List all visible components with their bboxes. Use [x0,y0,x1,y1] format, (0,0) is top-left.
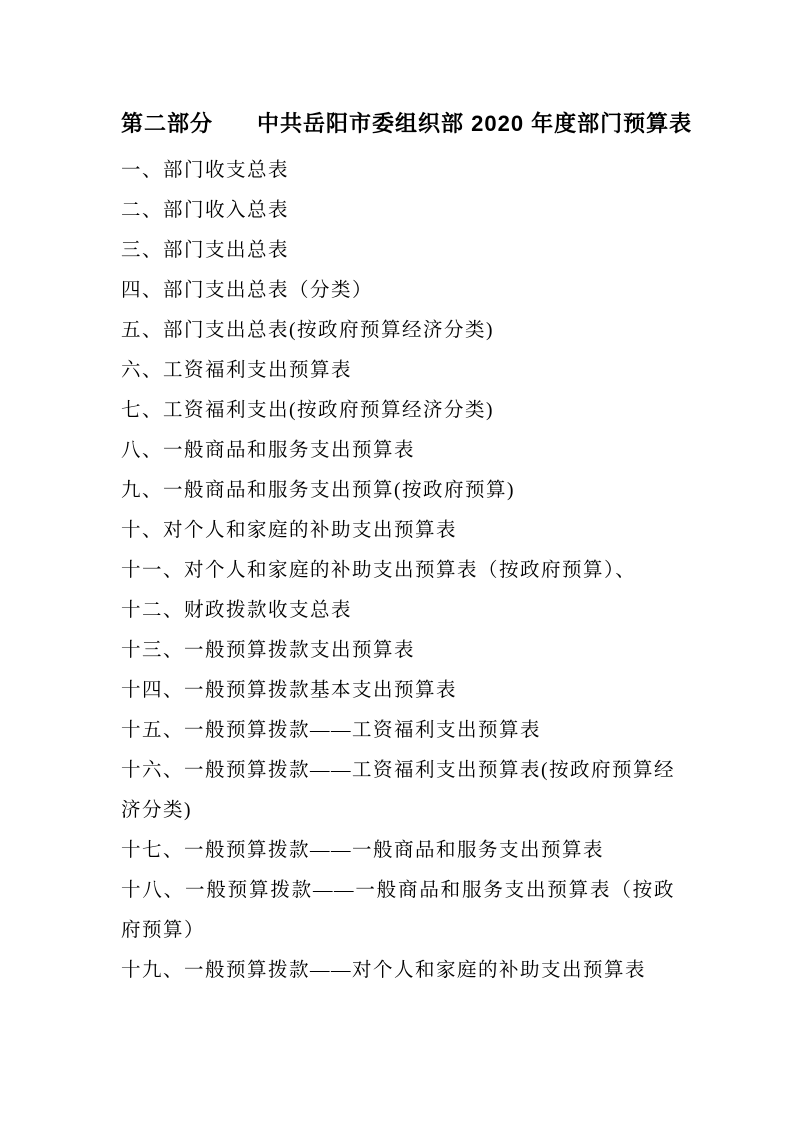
toc-item-5: 五、部门支出总表(按政府预算经济分类) [121,311,675,351]
toc-item-4: 四、部门支出总表（分类） [121,271,675,311]
toc-item-16: 十六、一般预算拨款——工资福利支出预算表(按政府预算经济分类) [121,751,675,831]
toc-item-7: 七、工资福利支出(按政府预算经济分类) [121,391,675,431]
toc-item-12: 十二、财政拨款收支总表 [121,591,675,631]
toc-item-10: 十、对个人和家庭的补助支出预算表 [121,511,675,551]
toc-item-11: 十一、对个人和家庭的补助支出预算表（按政府预算）、 [121,551,675,591]
toc-item-8: 八、一般商品和服务支出预算表 [121,431,675,471]
toc-item-1: 一、部门收支总表 [121,151,675,191]
toc-item-2: 二、部门收入总表 [121,191,675,231]
toc-item-17: 十七、一般预算拨款——一般商品和服务支出预算表 [121,831,675,871]
toc-item-9: 九、一般商品和服务支出预算(按政府预算) [121,471,675,511]
toc-item-19: 十九、一般预算拨款——对个人和家庭的补助支出预算表 [121,951,675,991]
toc-list: 一、部门收支总表 二、部门收入总表 三、部门支出总表 四、部门支出总表（分类） … [121,151,675,991]
toc-item-13: 十三、一般预算拨款支出预算表 [121,631,675,671]
page-title: 第二部分中共岳阳市委组织部 2020 年度部门预算表 [121,103,675,145]
toc-item-15: 十五、一般预算拨款——工资福利支出预算表 [121,711,675,751]
toc-item-3: 三、部门支出总表 [121,231,675,271]
toc-item-14: 十四、一般预算拨款基本支出预算表 [121,671,675,711]
toc-item-18: 十八、一般预算拨款——一般商品和服务支出预算表（按政府预算） [121,871,675,951]
toc-item-6: 六、工资福利支出预算表 [121,351,675,391]
page-title-section: 第二部分 [121,111,213,136]
document-page: 第二部分中共岳阳市委组织部 2020 年度部门预算表 一、部门收支总表 二、部门… [0,0,793,1122]
page-title-text: 中共岳阳市委组织部 2020 年度部门预算表 [257,111,692,136]
